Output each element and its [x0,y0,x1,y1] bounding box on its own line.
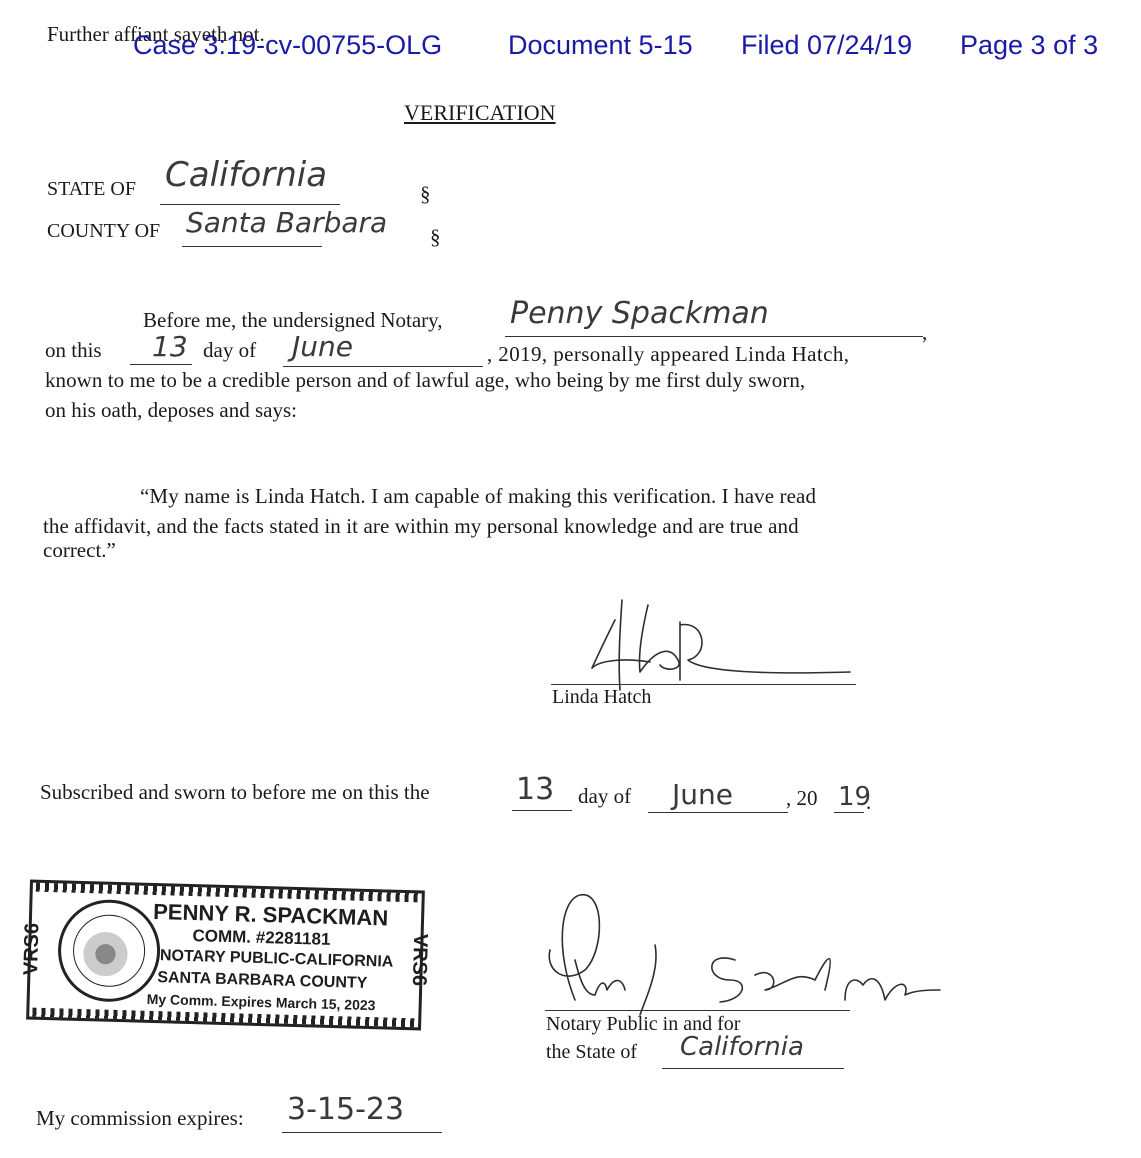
affiant-signature-line [551,684,856,685]
day-blank [130,364,192,365]
jurat-month-handwritten: June [672,778,733,811]
state-handwritten: California [165,155,327,195]
statement-line3: correct.” [43,538,116,563]
page-title: VERIFICATION [404,100,556,126]
notary-state-handwritten: California [680,1032,804,1062]
jurat-day-handwritten: 13 [516,772,554,807]
notary-signature-line [545,1010,850,1011]
notary-intro-line2: , 2019, personally appeared Linda Hatch, [487,342,849,367]
document-number: Document 5-15 [508,30,693,61]
day-of-label: day of [203,338,256,363]
county-blank [182,246,322,247]
page-number: Page 3 of 3 [960,30,1098,61]
county-label: COUNTY OF [47,220,160,243]
section-symbol: § [430,225,441,250]
jurat-day-of: day of [578,784,631,809]
commission-expires-handwritten: 3-15-23 [287,1092,404,1127]
state-blank [160,204,340,205]
stamp-side-code-left: VRS6 [20,923,44,976]
notary-name-blank [505,336,923,337]
section-symbol: § [420,182,431,207]
affiant-name: Linda Hatch [552,686,651,709]
jurat-year-blank [834,812,864,813]
month-handwritten: June [292,330,353,363]
notary-block-line2: the State of [546,1041,637,1064]
commission-expires-label: My commission expires: [36,1106,244,1131]
on-this-label: on this [45,338,102,363]
case-number: Case 3:19-cv-00755-OLG [133,30,442,61]
county-handwritten: Santa Barbara [186,206,387,239]
state-label: STATE OF [47,178,136,201]
jurat-period: . [866,790,871,815]
notary-name-handwritten: Penny Spackman [510,296,769,331]
comma: , [922,320,927,345]
statement-line1: “My name is Linda Hatch. I am capable of… [140,484,816,509]
month-blank [283,366,483,367]
notary-stamp: VRS6 VRS6 PENNY R. SPACKMAN COMM. #22811… [26,880,425,1031]
stamp-side-code-right: VRS6 [407,933,431,986]
jurat-year-prefix: , 20 [786,786,818,811]
day-handwritten: 13 [152,330,188,363]
jurat-day-blank [512,810,572,811]
notary-signature [545,890,945,1010]
stamp-commission-number: COMM. #2281181 [192,926,330,950]
commission-expires-blank [282,1132,442,1133]
affiant-signature [580,600,860,690]
jurat-prefix: Subscribed and sworn to before me on thi… [40,780,430,805]
statement-line2: the affidavit, and the facts stated in i… [43,514,799,539]
jurat-month-blank [648,812,788,813]
filed-date: Filed 07/24/19 [741,30,912,61]
notary-state-blank [662,1068,844,1069]
notary-intro-line3: known to me to be a credible person and … [45,368,805,393]
notary-intro-line4: on his oath, deposes and says: [45,398,297,423]
